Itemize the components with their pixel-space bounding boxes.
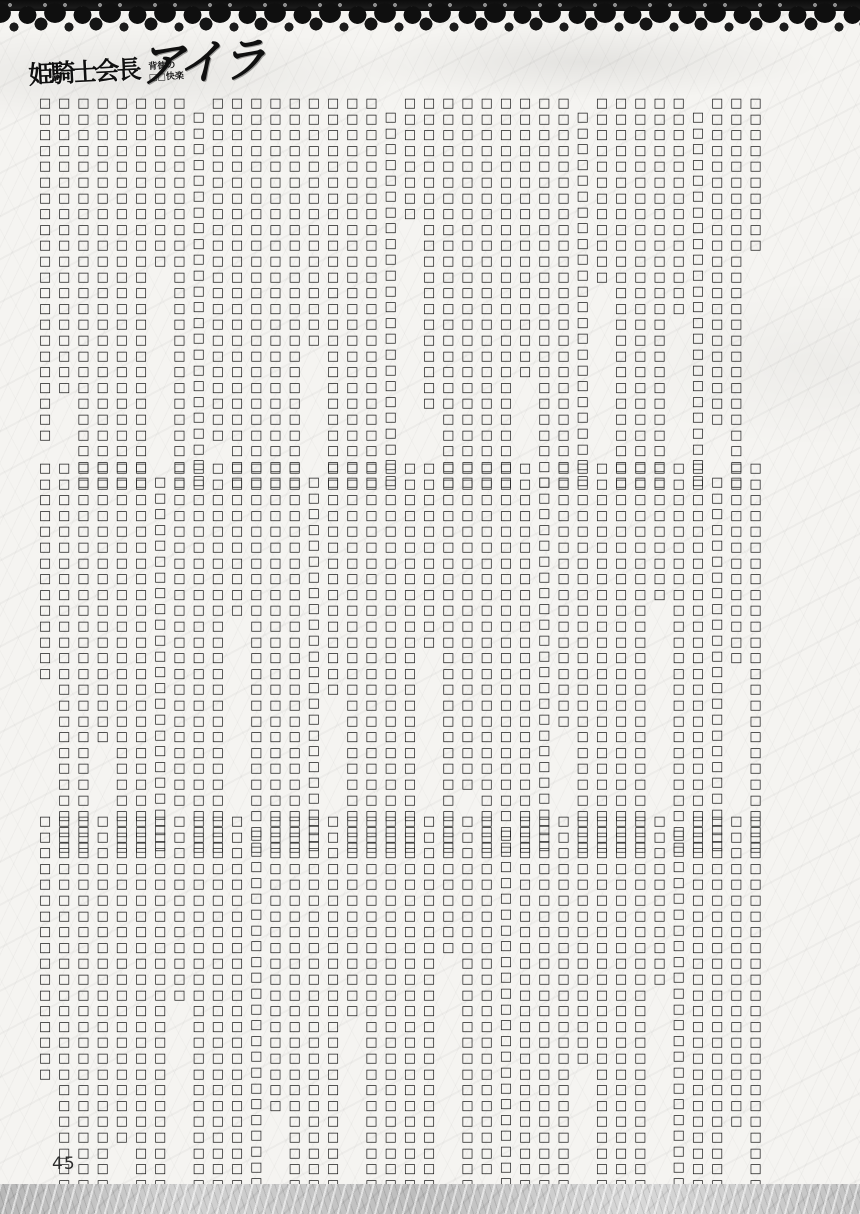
text-column: □□□□□□□□□□□□□□□□□□□□□□□□□ xyxy=(131,96,150,446)
text-column: □□□□□□□□□□□□□□□□□□□□□□□□□ xyxy=(247,461,266,801)
text-column: □□□□□□□□□□□□□□ xyxy=(35,461,54,801)
text-column: □□□□□□□□□□□□□□□□□□□□□□□ xyxy=(477,814,496,1152)
text-column: □□□□□□□□□□□□□□□□□□□□□□□□ xyxy=(304,461,323,801)
text-column: □□□□□□□□□□□□□□□□□□□□□□□□□ xyxy=(746,814,765,1152)
text-column: □□□□□□□□□□□□□□□□□□□□□□□□ xyxy=(496,814,515,1152)
text-column: □□□□□□□□□□□□□□□□□□ xyxy=(93,461,112,801)
text-column: □□□□□□□□□□□□□□□□□ xyxy=(554,461,573,801)
text-column: □□□□□□□□□□□□□□□□□□□□□□□□□ xyxy=(131,461,150,801)
text-column: □□□□□□□□□□□□□□□□□□□□□□□□□ xyxy=(362,461,381,801)
text-column: □□□□□□□□□□□□□□□□□□□□□□□□□ xyxy=(381,461,400,801)
text-column: □□□□□□□□□□□□□□□□□□□□□□□□□ xyxy=(227,814,246,1152)
text-column: □□□□□□□□□□□□□□□□□□□□□□□□□ xyxy=(592,814,611,1152)
text-column: □□□□□□□□□□□□□□□□□□□□□□□□□ xyxy=(515,814,534,1152)
text-column: □□□□□□□□□□□□□□□□□□□□□□□□□ xyxy=(611,814,630,1152)
text-column: □□□□□□□□□□□□□□□□□□□□□□□□□ xyxy=(93,814,112,1152)
text-column: □□□□□□□□□□□□□□□□□□□□□□□□□ xyxy=(285,461,304,801)
text-column: □□□□□□□□□□□□□□□□□□□□□□□□□ xyxy=(131,814,150,1152)
text-column: □□□□□□□□□□□□□□□□□□□□□□□□□ xyxy=(247,96,266,446)
text-column: □□□□□□□□□□□□□□□□□□□□□□□□□ xyxy=(688,814,707,1152)
page-number: 45 xyxy=(52,1154,76,1174)
text-column: □□□□□□□□□□□□□□□□□□□□ xyxy=(419,96,438,446)
text-band-2: □□□□□□□□□□□□□□□□□□□□□□□□□□□□□□□□□□□□□□□□… xyxy=(35,461,765,801)
text-column: □□□□□□□□□□□□□□□□ xyxy=(304,96,323,446)
text-column: □□□□□□□□□□□□□□□□□□□□□□□□□ xyxy=(458,814,477,1152)
text-column: □□□□□□□□□□□□□□□□□□□□□□□□ xyxy=(151,461,170,801)
text-column: □□□□□□□□□□□□□□□□□□□□□□□□□ xyxy=(208,461,227,801)
text-column: □□□□□□□□□□□□□□□□□□ xyxy=(515,96,534,446)
text-column: □□□□□□□□□□□□□□□□□□□□□□□□□ xyxy=(74,814,93,1152)
text-column: □□□□□□□□□□□□□□□□□□□□□□□□□ xyxy=(74,96,93,446)
text-column: □□□□□□□□□□□□□□□□□□□□□□□□ xyxy=(381,96,400,446)
text-column: □□□□□□□□□□□□ xyxy=(170,814,189,1152)
text-column: □□□□□□□□□□□□□□□□□□□□□□□□□ xyxy=(266,461,285,801)
text-column: □□□□□□□□□□□□□□□□□□□□□□□□□ xyxy=(631,814,650,1152)
title-subtitle: 背徳の □□快楽 xyxy=(148,60,184,83)
text-column: □□□□□□□□□□□□□□□□□□□□□□□□□ xyxy=(400,814,419,1152)
text-column: □□□□□□□□□□□□□□□□□□□□□□□□□ xyxy=(170,96,189,446)
bottom-texture-strip xyxy=(0,1184,860,1214)
text-column: □□□□□□□□□□□□□□□□□□□□□□□□□ xyxy=(611,96,630,446)
text-column: □□□□□□□□□□□□□□□□□□□□□□□□□ xyxy=(54,461,73,801)
text-column: □□□□□□□□□□□□□□□□□□□□□□□□ xyxy=(535,461,554,801)
text-column: □□□□□□□□□□ xyxy=(227,461,246,801)
text-column: □□□□□□□□□□□□□□□□□□□□□□□□□ xyxy=(515,461,534,801)
text-column: □□□□□□□□□□□□□□□□□□□□□□□□ xyxy=(707,461,726,801)
text-column: □□□□□□□□□□□□□□□□□□□□□□□□□ xyxy=(362,814,381,1152)
text-column: □□□□□□□□□□□□□□□□□□□□□□□□□ xyxy=(554,96,573,446)
text-column: □□□□□□□□□□□□□□□□□□□□□□ xyxy=(208,96,227,446)
text-band-1: □□□□□□□□□□□□□□□□□□□□□□□□□□□□□□□□□□□□□□□□… xyxy=(35,96,765,446)
text-column: □□□□□□□□□□□□□□□□□□□□□ xyxy=(112,814,131,1152)
text-column: □□□□□□□□□□□□□□□□□□□□□□□□□ xyxy=(477,461,496,801)
text-column: □□□□□□□□□ xyxy=(650,461,669,801)
text-column: □□□□□□□□□□□□□□□□□□□□ xyxy=(727,814,746,1152)
text-column: □□□□□□□□□□□□□□□□□□□□□□□□ xyxy=(688,96,707,446)
text-column: □□□□□□□□□□□□□□□□□□□□□□□□□ xyxy=(400,461,419,801)
text-column: □□□□□□□□□ xyxy=(439,814,458,1152)
text-column: □□□□□□□□□□□□□□□□□□□□□□□□□ xyxy=(227,96,246,446)
text-column: □□□□□□□□□□□□□□□□□□□□□□□□□ xyxy=(727,96,746,446)
text-column: □□□□□□□□□□□□□□□□□□□□□□□□□ xyxy=(631,461,650,801)
text-column: □□□□□□□□□□□□□□□□□□□□□□□□□ xyxy=(266,96,285,446)
title-series-text: 姫騎士会長 xyxy=(28,55,139,90)
text-column: □□□□□□□□□□□□□□□□□□□□□□□□□ xyxy=(189,814,208,1152)
text-column: □□□□□□□□□□□□□□□□□□□□□□□□□ xyxy=(54,814,73,1152)
text-column: □□□□□□□□□□□□□□□□□□□□□□□□□ xyxy=(93,96,112,446)
text-column: □□□□□□□□□□□□□□□□□□□ xyxy=(266,814,285,1152)
text-column: □□□□□□□□□□□□□□□□□□□□□□□□□ xyxy=(650,96,669,446)
text-column: □□□□□□□□□□□□□□□□□□□□□ xyxy=(458,461,477,801)
text-column: □□□□□□□□□□□□ xyxy=(592,96,611,446)
text-column: □□□□□□□□□□□□□□□□□□□□□□□□□ xyxy=(208,814,227,1152)
text-column: □□□□□□□□□□□□□□□□□□□□□□□□□ xyxy=(74,461,93,801)
title-logo: 姫騎士会長アイラ 背徳の □□快楽 xyxy=(26,18,279,103)
text-column: □□□□□□□□□□□□□□□ xyxy=(323,461,342,801)
text-column: □□□□□□□□□□□□□□ xyxy=(669,96,688,446)
text-column: □□□□□□□□□□□□□□□□□□□□□□□□□ xyxy=(535,96,554,446)
text-column: □□□□□□□□□□□□□□□□□□□□□□□□□ xyxy=(439,461,458,801)
text-column: □□□□□□□□□□□□□□□□□□□ xyxy=(54,96,73,446)
text-column: □□□□□□□□□□□□ xyxy=(419,461,438,801)
text-column: □□□□□□□□□□□□□□□□□□□□□□□□□ xyxy=(688,461,707,801)
text-column: □□□□□□□□□□□□□□□□□□□□□□□□□ xyxy=(746,461,765,801)
text-column: □□□□□□□□□□□□□□□□□□□□□□□□□ xyxy=(554,814,573,1152)
text-column: □□□□□□□□□□□□□□□□□□□□□□□□□ xyxy=(112,461,131,801)
text-column: □□□□□□□□□□□□□□□□□□□□□□□□ xyxy=(189,96,208,446)
text-column: □□□□□□□□□□□□□□□□□□□□□□□□□ xyxy=(477,96,496,446)
text-column: □□□□□□□□□□□□□□□□□□□□□□□□□ xyxy=(362,96,381,446)
text-column: □□□□□□□□□□□□□□□□ xyxy=(573,814,592,1152)
text-column: □□□□□□□□ xyxy=(400,96,419,446)
text-column: □□□□□□□□□□□□□□□□□□□□□□□□□ xyxy=(573,461,592,801)
text-column: □□□□□□□□□□□□□□□□□□□□□□□□□ xyxy=(323,96,342,446)
text-column: □□□□□□□□□□□□□□□□□□□□□□□□□ xyxy=(439,96,458,446)
text-band-3: □□□□□□□□□□□□□□□□□□□□□□□□□□□□□□□□□□□□□□□□… xyxy=(35,814,765,1152)
text-column: □□□□□□□□□□□□□□□□□□□□□□□□□ xyxy=(151,814,170,1152)
text-column: □□□□□□□□□□□□□□□□□□□□□□□□□ xyxy=(611,461,630,801)
text-column: □□□□□□□□□□□□□□□□□□□□□□□□□ xyxy=(535,814,554,1152)
title-subtitle-line2: □□快楽 xyxy=(149,71,185,84)
text-column: □□□□□□□□□□□□□□□□□□□□□□□□□ xyxy=(669,461,688,801)
text-column: □□□□□□□□□□□□□□□□□□□□□□□□□ xyxy=(285,814,304,1152)
text-column: □□□□□□□□□□□□□□□□□□□□□□ xyxy=(170,461,189,801)
text-column: □□□□□□□□□□ xyxy=(746,96,765,446)
text-column: □□□□□□□□□□□□□□□□□□□□□□□□□ xyxy=(631,96,650,446)
text-column: □□□□□□□□□□□□□□□□□□□□□□□□□ xyxy=(496,96,515,446)
text-column: □□□□□□□□□□□□□□□□□□□□□□□□□ xyxy=(112,96,131,446)
text-column: □□□□□□□□□□□□□□□□□□□□□□□□□ xyxy=(323,814,342,1152)
text-column: □□□□□□□□□□□□□□□□□□□□□□□□ xyxy=(669,814,688,1152)
text-column: □□□□□□□□□□□□□□□□□□□□□□□□□ xyxy=(707,814,726,1152)
text-column: □□□□□□□□□□□□□□□□□□□□□□□□□ xyxy=(381,814,400,1152)
text-column: □□□□□□□□□□□□□□□□□□□□□□□□□ xyxy=(189,461,208,801)
text-column: □□□□□□□□□□□□□□□□□□□□□□□□ xyxy=(573,96,592,446)
text-column: □□□□□□□□□□□ xyxy=(650,814,669,1152)
text-column: □□□□□□□□□□□□□ xyxy=(343,814,362,1152)
text-column: □□□□□□□□□□□□□□□□□□□□□ xyxy=(707,96,726,446)
text-column: □□□□□□□□□□□□□□□□□ xyxy=(35,814,54,1152)
text-column: □□□□□□□□□□□□□□□□□□□□□□□□□ xyxy=(304,814,323,1152)
text-column: □□□□□□□□□□□ xyxy=(151,96,170,446)
text-column: □□□□□□□□□□□□□□□□□□□□□□□□□ xyxy=(496,461,515,801)
text-column: □□□□□□□□□□□□□□□□□□□□□□□□□ xyxy=(419,814,438,1152)
text-column: □□□□□□□□□□□□□□□□□□□□□□□□□ xyxy=(343,96,362,446)
text-column: □□□□□□□□□□□□□□□□□□□□□□ xyxy=(35,96,54,446)
text-column: □□□□□□□□□□□□□ xyxy=(727,461,746,801)
text-column: □□□□□□□□□□□□□□□□□□□□□□□□ xyxy=(247,814,266,1152)
text-column: □□□□□□□□□□□□□□□□□□□□□□□□□ xyxy=(285,96,304,446)
text-column: □□□□□□□□□□□□□□□□□□□□□□□□□ xyxy=(458,96,477,446)
text-column: □□□□□□□□□□□□□□□□□□□□□□□□□ xyxy=(343,461,362,801)
text-column: □□□□□□□□□□□□□□□□□□□□□□□□□ xyxy=(592,461,611,801)
